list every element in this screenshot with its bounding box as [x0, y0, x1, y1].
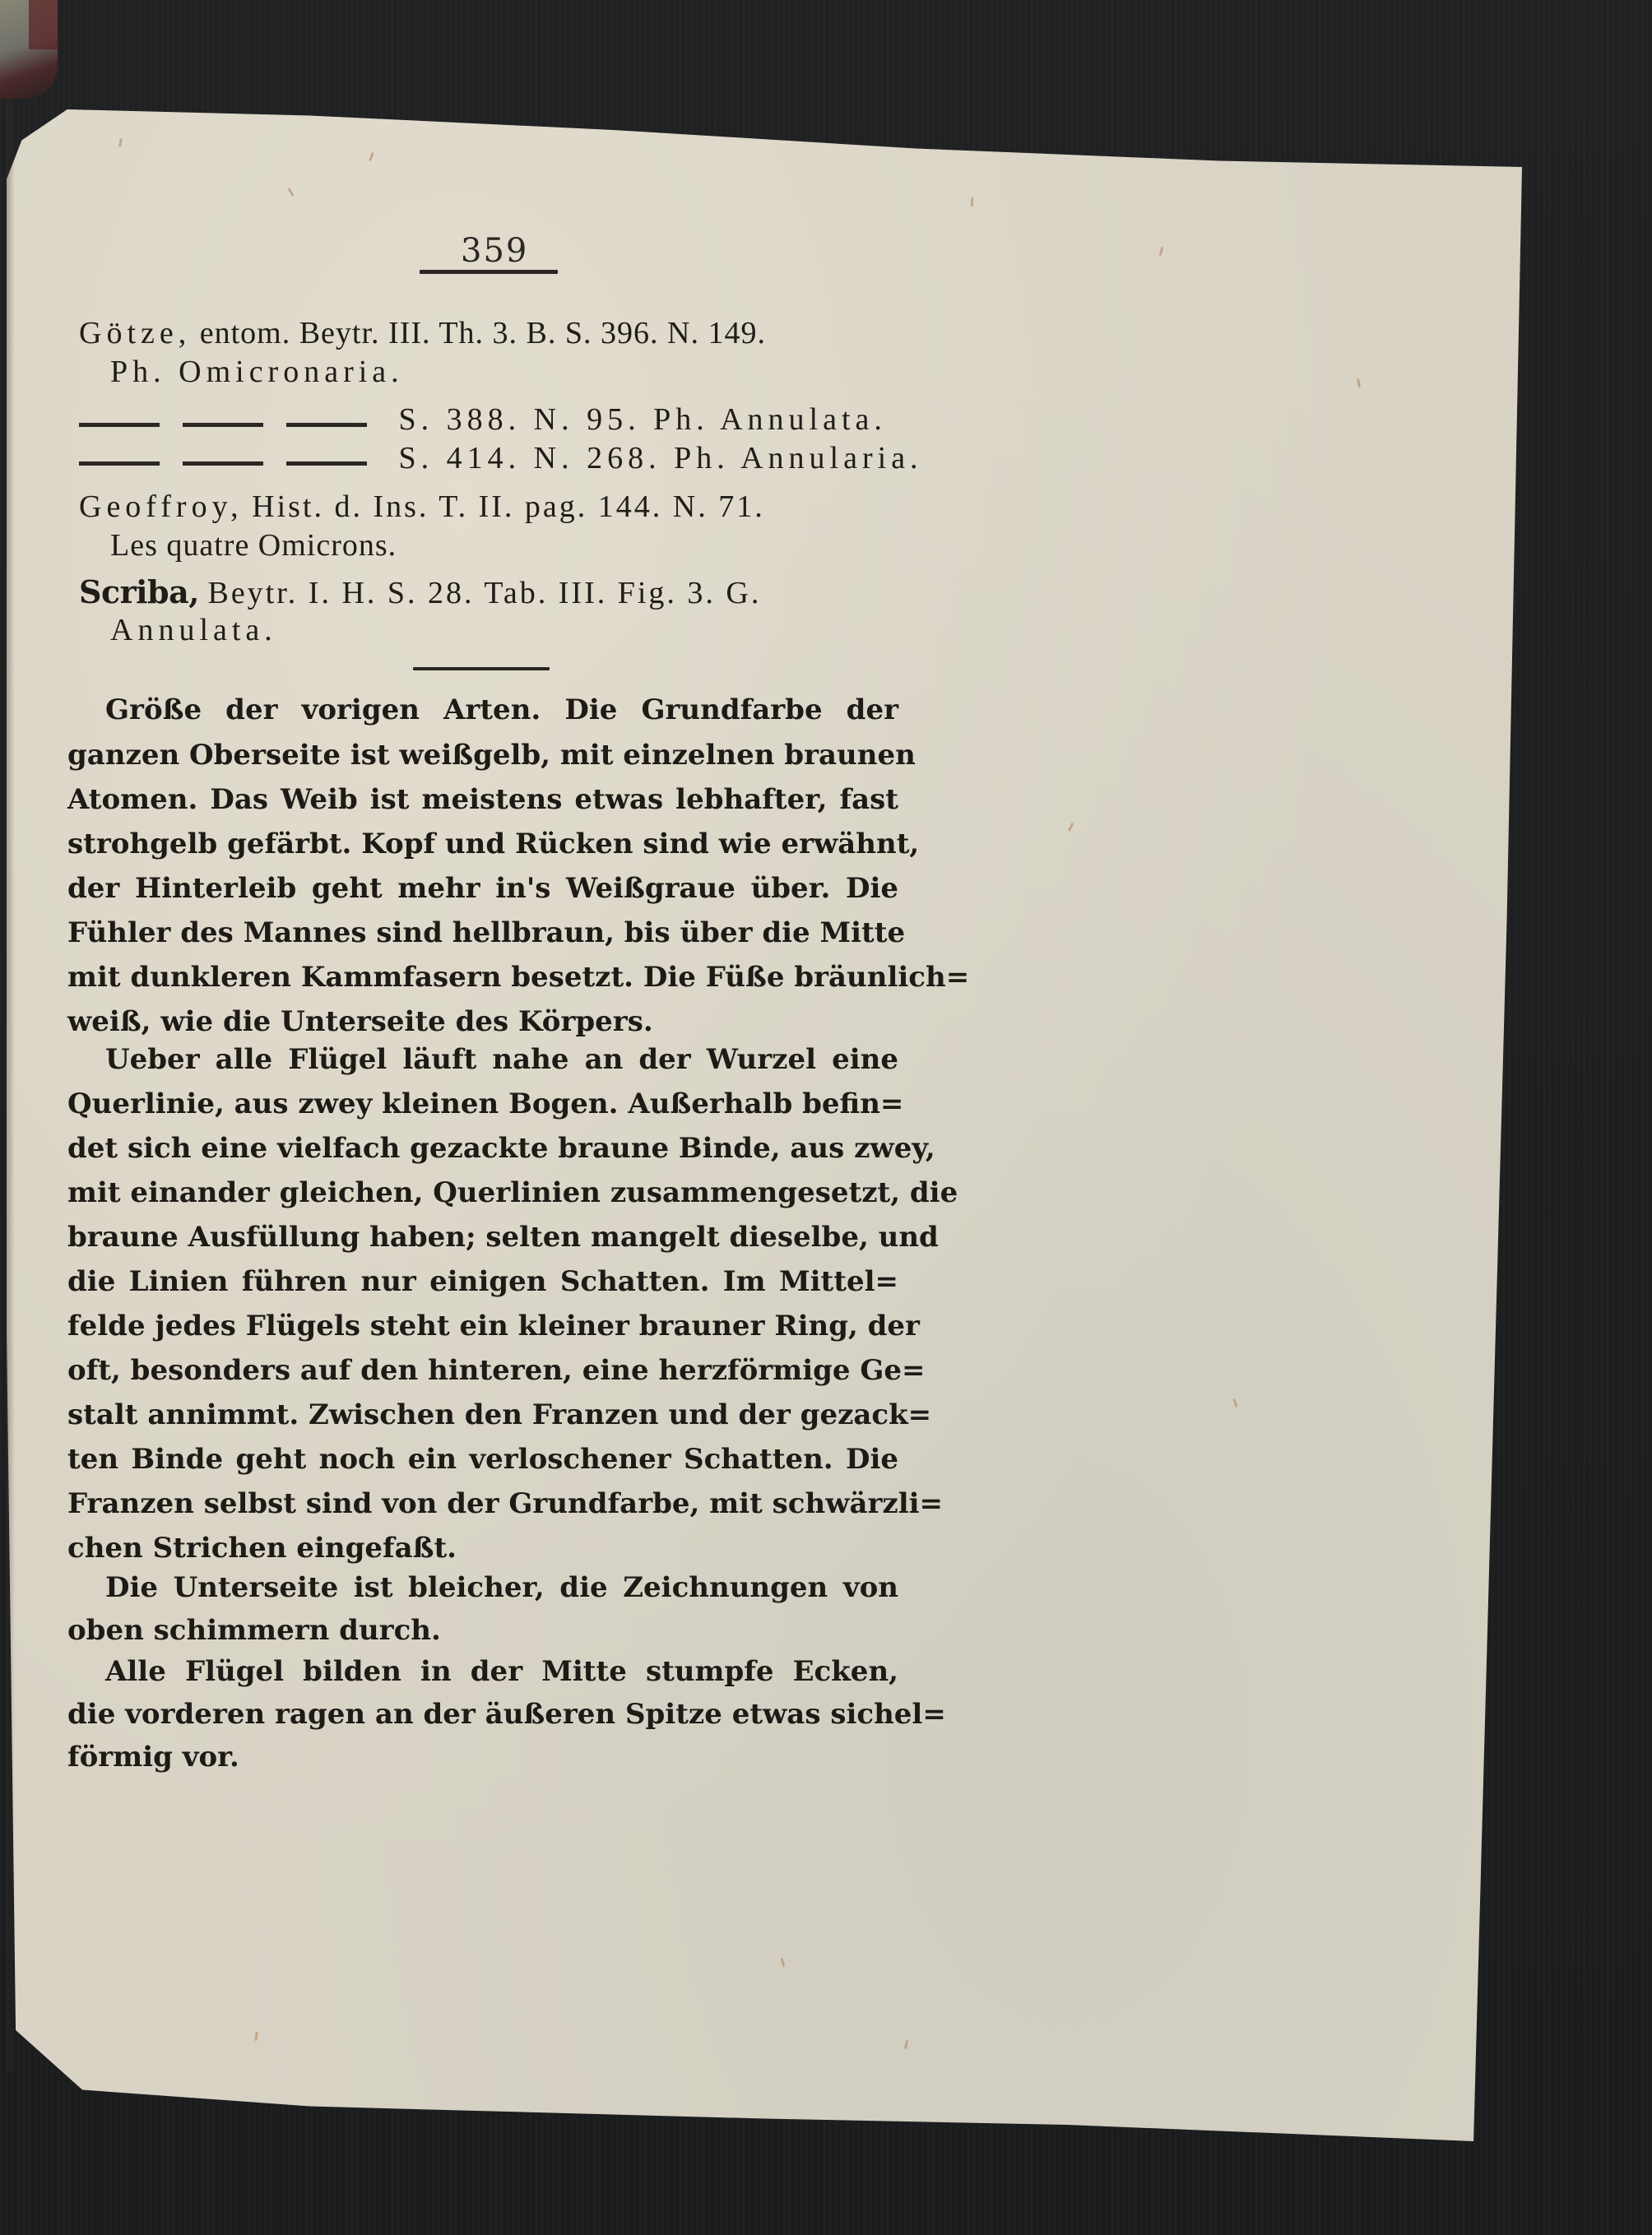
- body-line: det sich eine vielfach gezackte braune B…: [67, 1132, 898, 1165]
- section-separator-rule: [413, 667, 550, 670]
- body-line: felde jedes Flügels steht ein kleiner br…: [67, 1310, 898, 1342]
- body-line: Alle Flügel bilden in der Mitte stumpfe …: [105, 1655, 898, 1688]
- body-line: stalt annimmt. Zwischen den Franzen und …: [67, 1398, 898, 1431]
- body-line: Franzen selbst sind von der Grundfarbe, …: [67, 1487, 898, 1520]
- citation-text: Beytr. I. H. S. 28. Tab. III. Fig. 3. G.: [207, 576, 761, 610]
- citation-author: Scriba,: [79, 573, 199, 610]
- body-line: mit dunkleren Kammfasern besetzt. Die Fü…: [67, 961, 898, 994]
- citation-text: Hist. d. Ins. T. II. pag. 144. N. 71.: [252, 489, 765, 524]
- body-line: strohgelb gefärbt. Kopf und Rücken sind …: [67, 828, 898, 860]
- body-line: Größe der vorigen Arten. Die Grundfarbe …: [105, 693, 898, 726]
- ditto-dashes: [79, 443, 390, 479]
- body-line: mit einander gleichen, Querlinien zusamm…: [67, 1176, 898, 1209]
- citation-goetze-1: Götze, entom. Beytr. III. Th. 3. B. S. 3…: [79, 315, 902, 351]
- body-line: der Hinterleib geht mehr in's Weißgraue …: [67, 872, 898, 905]
- body-line: Fühler des Mannes sind hellbraun, bis üb…: [67, 916, 898, 949]
- body-line: oft, besonders auf den hinteren, eine he…: [67, 1354, 898, 1387]
- body-line: Ueber alle Flügel läuft nahe an der Wurz…: [105, 1043, 898, 1076]
- citation-geoffroy: Geoffroy, Hist. d. Ins. T. II. pag. 144.…: [79, 489, 902, 525]
- citation-text: entom. Beytr. III. Th. 3. B. S. 396. N. …: [200, 316, 766, 350]
- ditto-dashes: [79, 404, 390, 440]
- page-number: 359: [461, 232, 528, 270]
- body-line: die Linien führen nur einigen Schatten. …: [67, 1265, 898, 1298]
- body-line: Querlinie, aus zwey kleinen Bogen. Außer…: [67, 1087, 898, 1120]
- citation-scriba: Scriba, Beytr. I. H. S. 28. Tab. III. Fi…: [79, 573, 902, 611]
- citation-text: S. 414. N. 268. Ph. Annularia.: [399, 441, 923, 475]
- citation-goetze-1-continuation: Ph. Omicronaria.: [110, 354, 933, 390]
- citation-author: Geoffroy,: [79, 489, 244, 524]
- body-line: weiß, wie die Unterseite des Körpers.: [67, 1005, 898, 1038]
- body-line: ganzen Oberseite ist weißgelb, mit einze…: [67, 739, 898, 772]
- body-line: ten Binde geht noch ein verloschener Sch…: [67, 1443, 898, 1476]
- body-line: die vorderen ragen an der äußeren Spitze…: [67, 1698, 898, 1731]
- citation-scriba-continuation: Annulata.: [110, 612, 933, 648]
- body-line: oben schimmern durch.: [67, 1614, 898, 1647]
- book-binding-cloth: [29, 0, 58, 49]
- body-line: Die Unterseite ist bleicher, die Zeichnu…: [105, 1571, 898, 1604]
- citation-goetze-2: S. 388. N. 95. Ph. Annulata.: [79, 401, 902, 440]
- header-rule: [420, 270, 558, 274]
- citation-goetze-3: S. 414. N. 268. Ph. Annularia.: [79, 440, 902, 479]
- body-line: förmig vor.: [67, 1741, 898, 1774]
- body-line: chen Strichen eingefaßt.: [67, 1532, 898, 1565]
- body-line: braune Ausfüllung haben; selten mangelt …: [67, 1221, 898, 1254]
- citation-text: S. 388. N. 95. Ph. Annulata.: [399, 402, 887, 437]
- body-line: Atomen. Das Weib ist meistens etwas lebh…: [67, 783, 898, 816]
- page-gutter-shadow: [7, 97, 15, 2071]
- citation-author: Götze,: [79, 316, 191, 350]
- citation-geoffroy-continuation: Les quatre Omicrons.: [110, 527, 933, 563]
